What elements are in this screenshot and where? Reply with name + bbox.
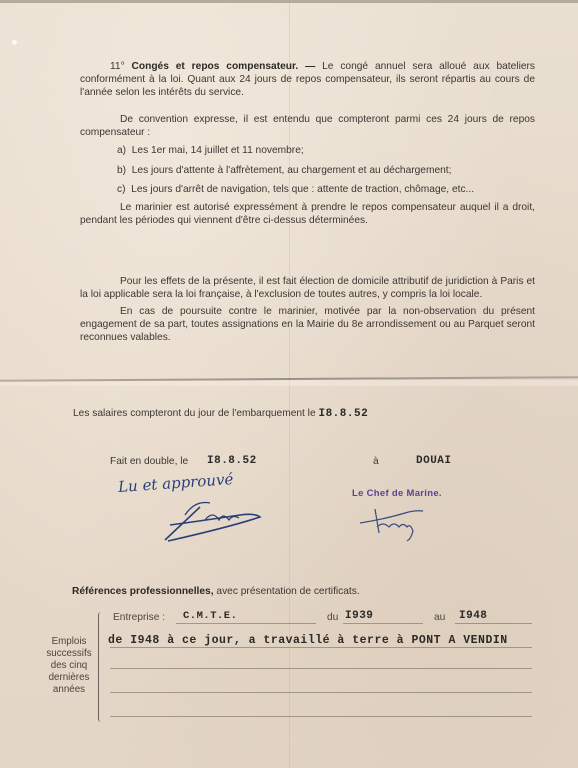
list-item: a) Les 1er mai, 14 juillet et 11 novembr… [117,144,304,157]
du-label: du [327,611,338,624]
list-item: b) Les jours d'attente à l'affrètement, … [117,164,451,177]
field-line [110,647,532,648]
marinier-paragraph: Le marinier est autorisé expressément à … [80,201,535,227]
poursuite-paragraph: En cas de poursuite contre le marinier, … [80,305,535,344]
field-line [110,692,532,693]
item-text: Les jours d'attente à l'affrètement, au … [132,165,452,176]
field-line [110,716,532,717]
section-title: Congés et repos compensateur. — [132,61,316,72]
au-value: I948 [459,610,487,623]
section-number: 11° [110,61,125,72]
fait-date: I8.8.52 [207,455,257,468]
au-field-line [455,623,532,624]
left-signature-icon [160,495,270,545]
item-text: Les 1er mai, 14 juillet et 11 novembre; [132,145,304,156]
entreprise-value: C.M.T.E. [183,610,237,623]
references-title: Références professionnelles, avec présen… [72,585,360,598]
entreprise-label: Entreprise : [113,611,165,624]
au-label: au [434,611,445,624]
du-field-line [343,623,423,624]
right-signature-icon [355,505,435,545]
references-title-rest: avec présentation de certificats. [216,586,359,597]
side-label-line: Emplois [34,636,104,648]
references-title-bold: Références professionnelles, [72,586,214,597]
field-line [110,668,532,669]
fait-a-label: à [373,455,379,468]
section-11-paragraph: 11° Congés et repos compensateur. — Le c… [80,60,535,99]
fait-place: DOUAI [416,455,452,468]
salaires-date: I8.8.52 [318,408,368,420]
entreprise-field-line [176,623,316,624]
item-label: b) [117,165,126,176]
fait-label: Fait en double, le [110,455,188,468]
lu-et-approuve-handwriting: Lu et approuvé [118,470,234,496]
list-item: c) Les jours d'arrêt de navigation, tels… [117,183,474,196]
document-page: 11° Congés et repos compensateur. — Le c… [0,0,578,768]
item-label: a) [117,145,126,156]
du-value: I939 [345,610,373,623]
side-label-line: successifs [34,648,104,660]
chef-de-marine-stamp: Le Chef de Marine. [352,488,442,499]
side-label: Emplois successifs des cinq dernières an… [34,636,104,696]
salaires-line: Les salaires compteront du jour de l'emb… [73,407,368,421]
domicile-paragraph: Pour les effets de la présente, il est f… [80,275,535,301]
paper-speck [12,40,17,45]
salaires-label: Les salaires compteront du jour de l'emb… [73,408,316,419]
item-label: c) [117,184,126,195]
side-label-line: années [34,684,104,696]
item-text: Les jours d'arrêt de navigation, tels qu… [131,184,474,195]
side-label-line: dernières [34,672,104,684]
convention-intro: De convention expresse, il est entendu q… [80,113,535,139]
side-label-line: des cinq [34,660,104,672]
employment-line-2: de I948 à ce jour, a travaillé à terre à… [108,634,508,647]
